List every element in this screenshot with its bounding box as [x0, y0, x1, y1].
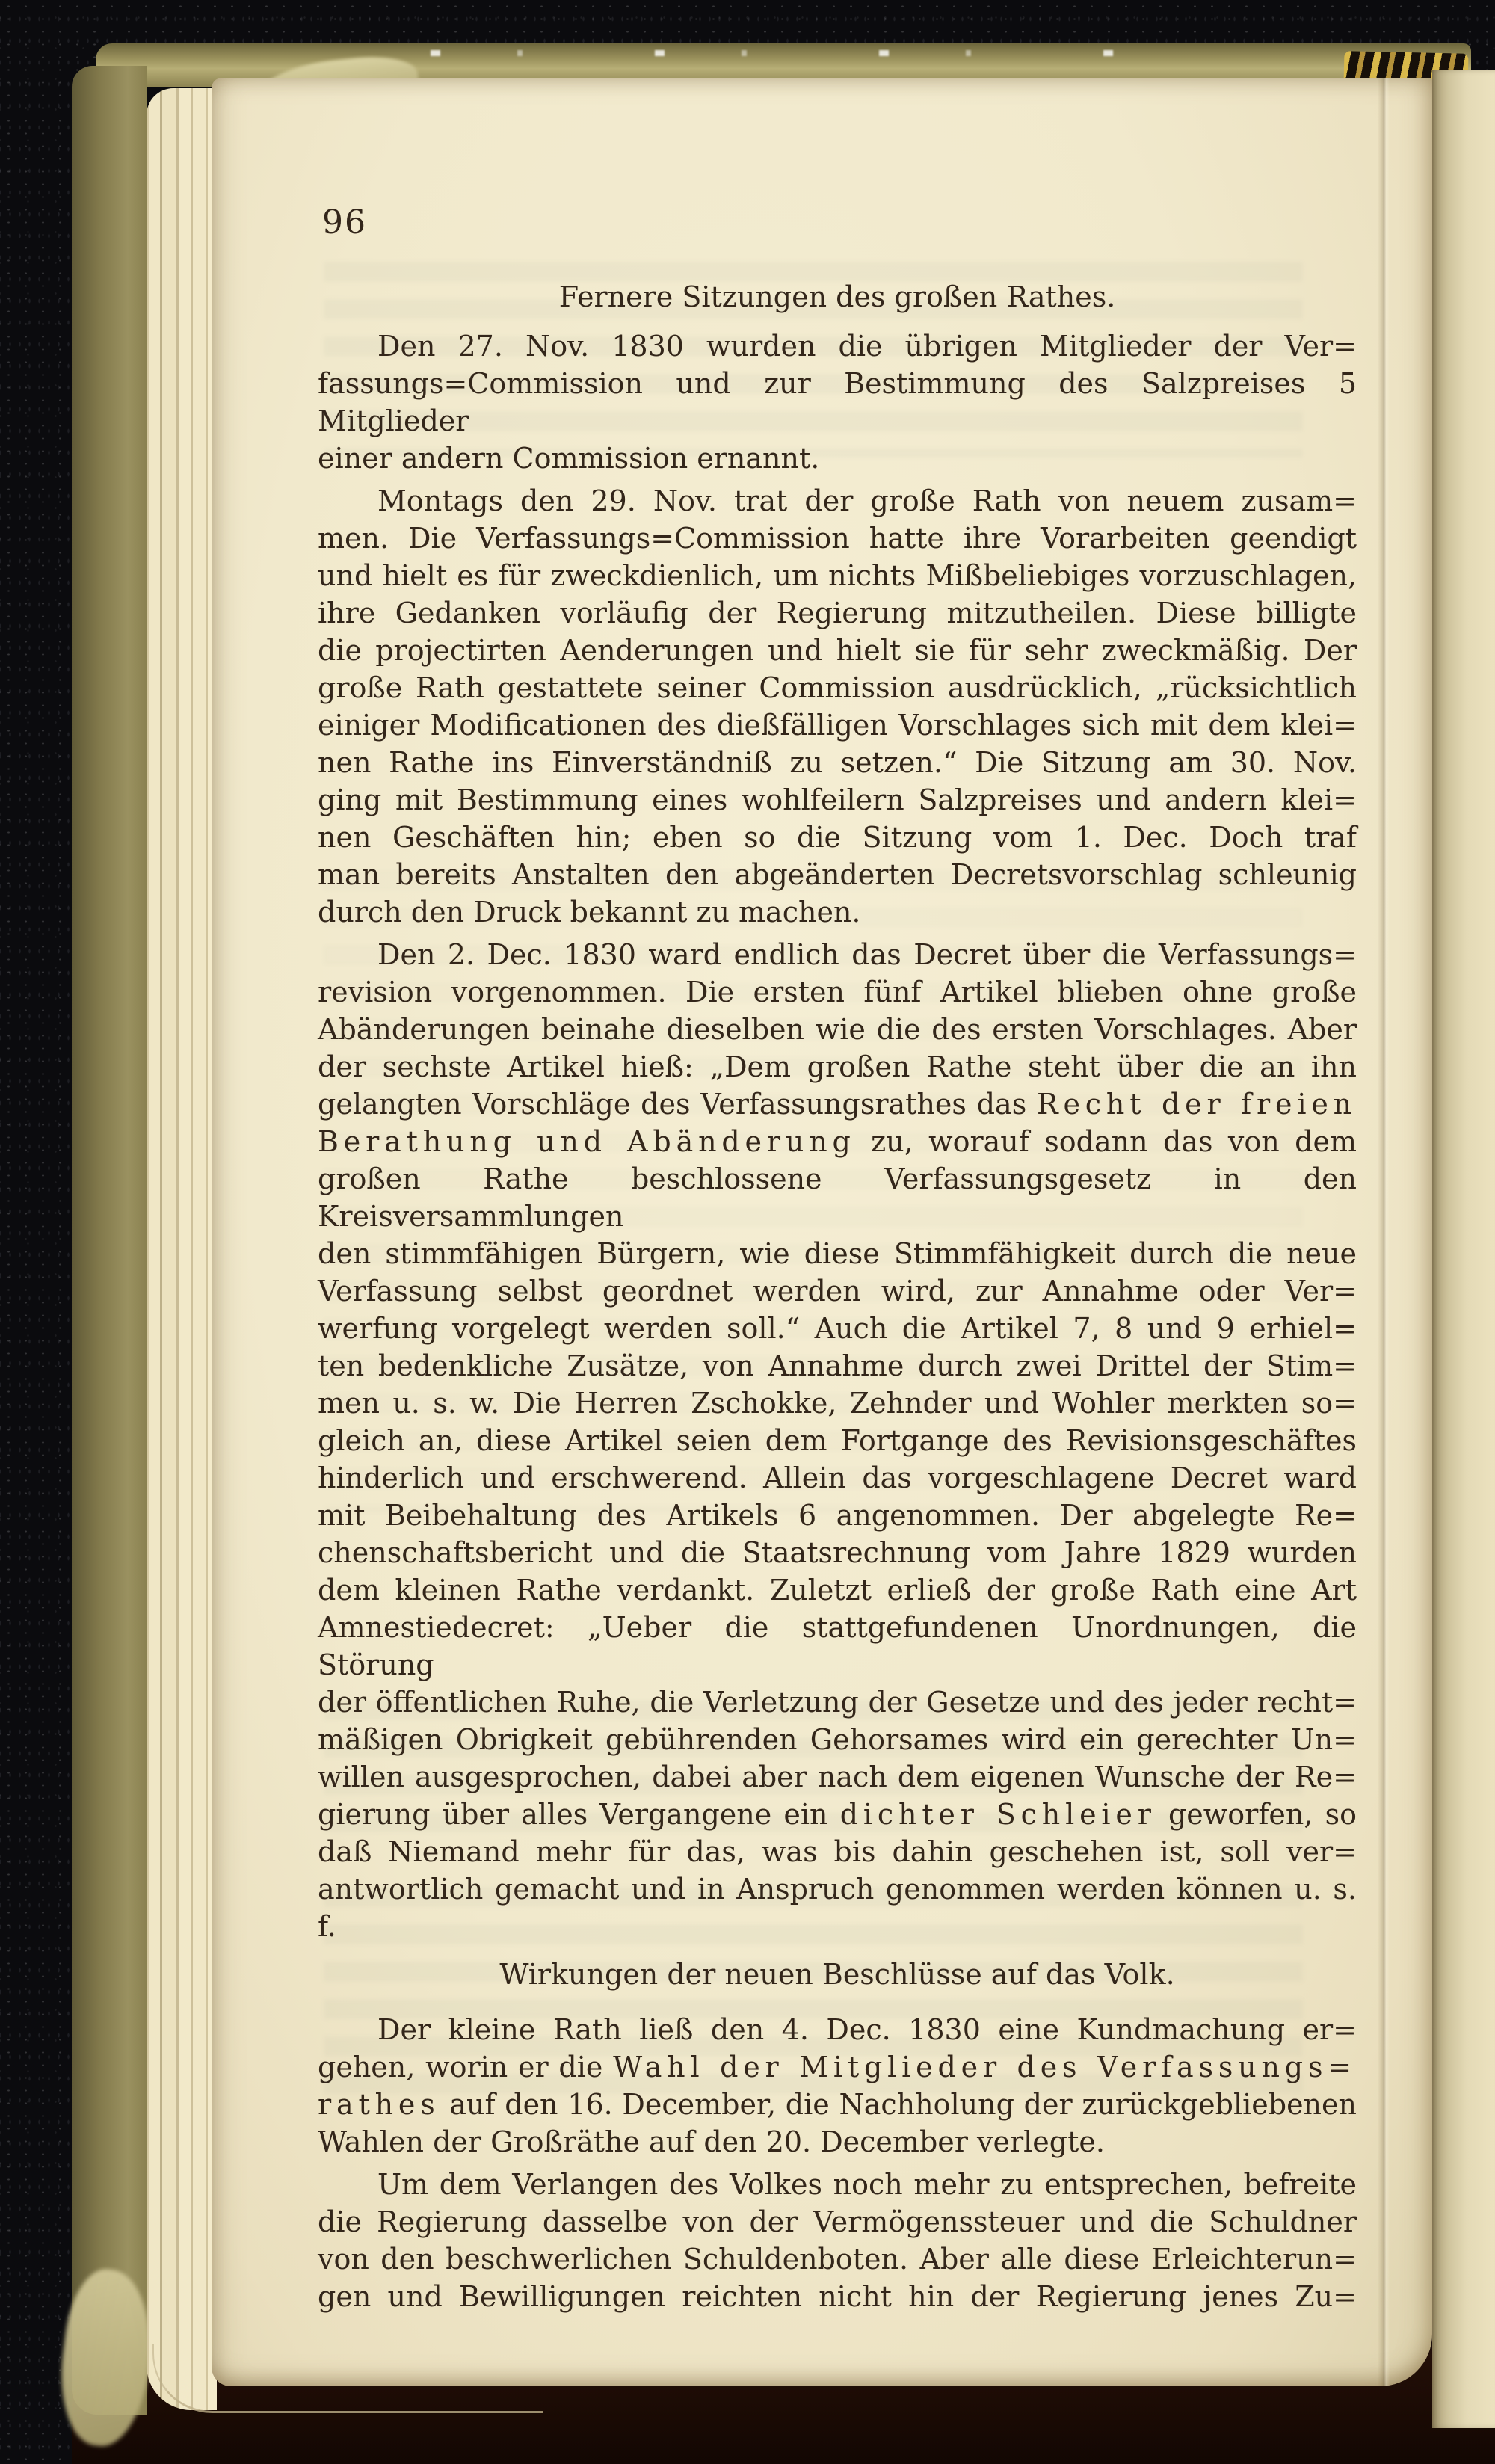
letterspaced-text: rathes	[318, 2088, 440, 2121]
text-segment: ten bedenkliche Zusätze, von Annahme dur…	[318, 1349, 1357, 1382]
text-segment: von den beschwerlichen Schuldenboten. Ab…	[318, 2243, 1357, 2276]
paragraph: Der kleine Rath ließ den 4. Dec. 1830 ei…	[318, 2011, 1357, 2160]
text-line: Um dem Verlangen des Volkes noch mehr zu…	[318, 2166, 1357, 2203]
text-line: daß Niemand mehr für das, was bis dahin …	[318, 1833, 1357, 1870]
text-segment: men u. s. w. Die Herren Zschokke, Zehnde…	[318, 1387, 1357, 1420]
page-text: Fernere Sitzungen des großen Rathes.Den …	[318, 278, 1357, 2320]
text-segment: mäßigen Obrigkeit gebührenden Gehorsames…	[318, 1723, 1357, 1756]
gutter-crease	[1378, 78, 1390, 2386]
page-stack-fore-edge	[147, 88, 217, 2410]
book-cover-left-edge	[72, 66, 147, 2415]
text-line: antwortlich gemacht und in Anspruch geno…	[318, 1870, 1357, 1945]
text-line: gierung über alles Vergangene ein dichte…	[318, 1796, 1357, 1833]
text-segment: durch den Druck bekannt zu machen.	[318, 896, 861, 928]
section-heading: Wirkungen der neuen Beschlüsse auf das V…	[318, 1956, 1357, 1993]
letterspaced-text: Recht der freien	[1037, 1088, 1357, 1121]
text-line: ging mit Bestimmung eines wohlfeilern Sa…	[318, 781, 1357, 819]
text-segment: dem kleinen Rathe verdankt. Zuletzt erli…	[318, 1574, 1357, 1607]
text-segment: zu, worauf sodann das von dem	[856, 1125, 1357, 1158]
text-line: Montags den 29. Nov. trat der große Rath…	[318, 482, 1357, 520]
text-line: Abänderungen beinahe dieselben wie die d…	[318, 1011, 1357, 1048]
section-heading: Fernere Sitzungen des großen Rathes.	[318, 278, 1357, 315]
letterspaced-text: dichter Schleier	[840, 1798, 1156, 1831]
text-segment: Der kleine Rath ließ den 4. Dec. 1830 ei…	[377, 2013, 1357, 2046]
text-line: gen und Bewilligungen reichten nicht hin…	[318, 2278, 1357, 2315]
text-segment: Um dem Verlangen des Volkes noch mehr zu…	[377, 2168, 1357, 2201]
text-line: die Regierung dasselbe von der Vermögens…	[318, 2203, 1357, 2240]
text-segment: großen Rathe beschlossene Verfassungsges…	[318, 1162, 1357, 1233]
text-line: ihre Gedanken vorläufig der Regierung mi…	[318, 594, 1357, 632]
text-segment: willen ausgesprochen, dabei aber nach de…	[318, 1761, 1357, 1793]
page-number: 96	[322, 206, 367, 239]
text-segment: men. Die Verfassungs=Commission hatte ih…	[318, 522, 1357, 555]
text-line: gleich an, diese Artikel seien dem Fortg…	[318, 1422, 1357, 1459]
text-segment: gehen, worin er die	[318, 2051, 613, 2083]
text-segment: werfung vorgelegt werden soll.“ Auch die…	[318, 1312, 1357, 1345]
text-line: große Rath gestattete seiner Commission …	[318, 669, 1357, 706]
paragraph: Um dem Verlangen des Volkes noch mehr zu…	[318, 2166, 1357, 2315]
text-line: hinderlich und erschwerend. Allein das v…	[318, 1459, 1357, 1497]
text-line: den stimmfähigen Bürgern, wie diese Stim…	[318, 1235, 1357, 1272]
text-line: Wahlen der Großräthe auf den 20. Decembe…	[318, 2123, 1357, 2160]
text-segment: Den 2. Dec. 1830 ward endlich das Decret…	[377, 938, 1357, 971]
text-segment: Den 27. Nov. 1830 wurden die übrigen Mit…	[377, 330, 1357, 363]
text-segment: ihre Gedanken vorläufig der Regierung mi…	[318, 597, 1357, 629]
text-line: durch den Druck bekannt zu machen.	[318, 893, 1357, 931]
text-line: werfung vorgelegt werden soll.“ Auch die…	[318, 1310, 1357, 1347]
text-segment: hinderlich und erschwerend. Allein das v…	[318, 1462, 1357, 1494]
text-segment: die Regierung dasselbe von der Vermögens…	[318, 2205, 1357, 2238]
text-segment: fassungs=Commission und zur Bestimmung d…	[318, 367, 1357, 437]
text-segment: mit Beibehaltung des Artikels 6 angenomm…	[318, 1499, 1357, 1532]
text-segment: gelangten Vorschläge des Verfassungsrath…	[318, 1088, 1037, 1121]
paragraph: Den 27. Nov. 1830 wurden die übrigen Mit…	[318, 327, 1357, 477]
text-line: men. Die Verfassungs=Commission hatte ih…	[318, 520, 1357, 557]
text-segment: Abänderungen beinahe dieselben wie die d…	[318, 1013, 1357, 1046]
text-line: fassungs=Commission und zur Bestimmung d…	[318, 365, 1357, 440]
paragraph: Den 2. Dec. 1830 ward endlich das Decret…	[318, 936, 1357, 1945]
text-line: einiger Modificationen des dießfälligen …	[318, 706, 1357, 744]
text-segment: gleich an, diese Artikel seien dem Fortg…	[318, 1424, 1357, 1457]
letterspaced-text: Wahl der Mitglieder des Verfassungs=	[613, 2051, 1357, 2083]
text-line: mit Beibehaltung des Artikels 6 angenomm…	[318, 1497, 1357, 1534]
text-segment: ging mit Bestimmung eines wohlfeilern Sa…	[318, 783, 1357, 816]
text-segment: Verfassung selbst geordnet werden wird, …	[318, 1275, 1357, 1308]
text-segment: antwortlich gemacht und in Anspruch geno…	[318, 1873, 1357, 1943]
text-segment: man bereits Anstalten den abgeänderten D…	[318, 858, 1357, 891]
text-segment: revision vorgenommen. Die ersten fünf Ar…	[318, 976, 1357, 1008]
scan-background: 96 Fernere Sitzungen des großen Rathes.D…	[0, 0, 1495, 2464]
text-line: die projectirten Aenderungen und hielt s…	[318, 632, 1357, 669]
text-segment: einer andern Commission ernannt.	[318, 442, 819, 475]
text-segment: die projectirten Aenderungen und hielt s…	[318, 634, 1357, 667]
text-segment: gen und Bewilligungen reichten nicht hin…	[318, 2280, 1357, 2313]
facing-page-gutter	[1432, 70, 1495, 2428]
text-line: Den 27. Nov. 1830 wurden die übrigen Mit…	[318, 327, 1357, 365]
text-line: großen Rathe beschlossene Verfassungsges…	[318, 1160, 1357, 1235]
text-line: revision vorgenommen. Die ersten fünf Ar…	[318, 973, 1357, 1011]
text-segment: nen Geschäften hin; eben so die Sitzung …	[318, 821, 1357, 854]
text-segment: den stimmfähigen Bürgern, wie diese Stim…	[318, 1237, 1357, 1270]
text-line: Den 2. Dec. 1830 ward endlich das Decret…	[318, 936, 1357, 973]
text-segment: Montags den 29. Nov. trat der große Rath…	[377, 484, 1357, 517]
text-segment: Wahlen der Großräthe auf den 20. Decembe…	[318, 2125, 1105, 2158]
text-line: der öffentlichen Ruhe, die Verletzung de…	[318, 1684, 1357, 1721]
text-line: gehen, worin er die Wahl der Mitglieder …	[318, 2048, 1357, 2086]
text-line: der sechste Artikel hieß: „Dem großen Ra…	[318, 1048, 1357, 1085]
text-line: willen ausgesprochen, dabei aber nach de…	[318, 1758, 1357, 1796]
text-line: einer andern Commission ernannt.	[318, 440, 1357, 477]
text-line: von den beschwerlichen Schuldenboten. Ab…	[318, 2240, 1357, 2278]
text-line: chenschaftsbericht und die Staatsrechnun…	[318, 1534, 1357, 1571]
text-line: und hielt es für zweckdienlich, um nicht…	[318, 557, 1357, 594]
text-segment: geworfen, so	[1156, 1798, 1357, 1831]
text-line: ten bedenkliche Zusätze, von Annahme dur…	[318, 1347, 1357, 1385]
text-segment: der sechste Artikel hieß: „Dem großen Ra…	[318, 1050, 1357, 1083]
text-line: Berathung und Abänderung zu, worauf soda…	[318, 1123, 1357, 1160]
text-line: nen Geschäften hin; eben so die Sitzung …	[318, 819, 1357, 856]
text-line: rathes auf den 16. December, die Nachhol…	[318, 2086, 1357, 2123]
text-line: men u. s. w. Die Herren Zschokke, Zehnde…	[318, 1385, 1357, 1422]
text-segment: nen Rathe ins Einverständniß zu setzen.“…	[318, 746, 1357, 779]
text-segment: große Rath gestattete seiner Commission …	[318, 671, 1357, 704]
text-segment: und hielt es für zweckdienlich, um nicht…	[318, 559, 1357, 592]
text-segment: daß Niemand mehr für das, was bis dahin …	[318, 1835, 1357, 1868]
text-segment: Amnestiedecret: „Ueber die stattgefunden…	[318, 1611, 1357, 1681]
text-line: man bereits Anstalten den abgeänderten D…	[318, 856, 1357, 893]
text-line: Der kleine Rath ließ den 4. Dec. 1830 ei…	[318, 2011, 1357, 2048]
text-segment: gierung über alles Vergangene ein	[318, 1798, 840, 1831]
text-line: Amnestiedecret: „Ueber die stattgefunden…	[318, 1609, 1357, 1684]
text-line: nen Rathe ins Einverständniß zu setzen.“…	[318, 744, 1357, 781]
text-segment: chenschaftsbericht und die Staatsrechnun…	[318, 1536, 1357, 1569]
text-line: gelangten Vorschläge des Verfassungsrath…	[318, 1085, 1357, 1123]
text-segment: einiger Modificationen des dießfälligen …	[318, 709, 1357, 742]
text-segment: auf den 16. December, die Nachholung der…	[440, 2088, 1357, 2121]
text-segment: der öffentlichen Ruhe, die Verletzung de…	[318, 1686, 1357, 1719]
letterspaced-text: Berathung und Abänderung	[318, 1125, 856, 1158]
text-line: dem kleinen Rathe verdankt. Zuletzt erli…	[318, 1571, 1357, 1609]
book-page: 96 Fernere Sitzungen des großen Rathes.D…	[212, 78, 1432, 2386]
text-line: Verfassung selbst geordnet werden wird, …	[318, 1272, 1357, 1310]
text-line: mäßigen Obrigkeit gebührenden Gehorsames…	[318, 1721, 1357, 1758]
paragraph: Montags den 29. Nov. trat der große Rath…	[318, 482, 1357, 931]
